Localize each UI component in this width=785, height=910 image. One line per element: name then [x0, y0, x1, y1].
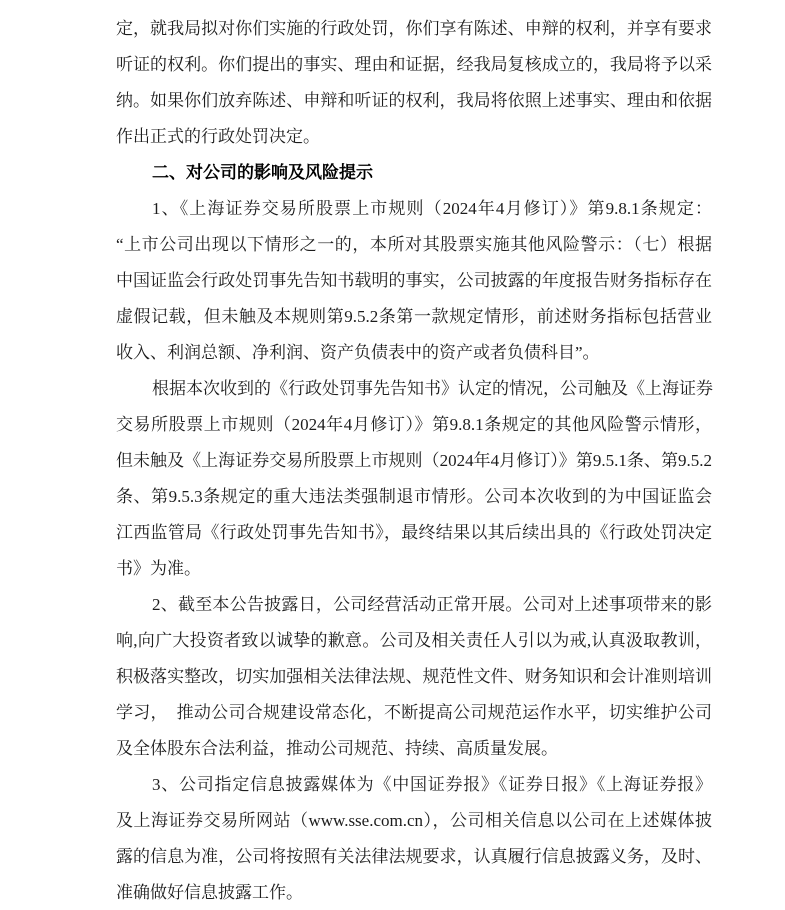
doc-line: 作出正式的行政处罚决定。	[116, 119, 712, 155]
doc-line: 中国证监会行政处罚事先告知书载明的事实，公司披露的年度报告财务指标存在	[116, 263, 712, 299]
paragraph-risk-warning-determination: 根据本次收到的《行政处罚事先告知书》认定的情况，公司触及《上海证券 交易所股票上…	[116, 371, 712, 587]
paragraph-disclosure-media: 3、公司指定信息披露媒体为《中国证券报》《证券日报》《上海证券报》 及上海证券交…	[116, 767, 712, 910]
doc-line: 纳。如果你们放弃陈述、申辩和听证的权利，我局将依照上述事实、理由和依据	[116, 83, 712, 119]
doc-line: 交易所股票上市规则（2024年4月修订）》第9.8.1条规定的其他风险警示情形，	[116, 407, 712, 443]
doc-line: 及上海证券交易所网站（www.sse.com.cn），公司相关信息以公司在上述媒…	[116, 803, 712, 839]
doc-line: 3、公司指定信息披露媒体为《中国证券报》《证券日报》《上海证券报》	[116, 767, 712, 803]
doc-line: 听证的权利。你们提出的事实、理由和证据，经我局复核成立的，我局将予以采	[116, 47, 712, 83]
paragraph-continuation: 定，就我局拟对你们实施的行政处罚，你们享有陈述、申辩的权利，并享有要求 听证的权…	[116, 11, 712, 155]
doc-line: 露的信息为准，公司将按照有关法律法规要求，认真履行信息披露义务，及时、	[116, 839, 712, 875]
section-heading-text: 二、对公司的影响及风险提示	[116, 155, 712, 191]
doc-line: 响,向广大投资者致以诚挚的歉意。公司及相关责任人引以为戒,认真汲取教训，	[116, 623, 712, 659]
paragraph-apology-and-rectification: 2、截至本公告披露日，公司经营活动正常开展。公司对上述事项带来的影 响,向广大投…	[116, 587, 712, 767]
doc-line: 虚假记载，但未触及本规则第9.5.2条第一款规定情形，前述财务指标包括营业	[116, 299, 712, 335]
doc-line: 条、第9.5.3条规定的重大违法类强制退市情形。公司本次收到的为中国证监会	[116, 479, 712, 515]
doc-line: 积极落实整改，切实加强相关法律法规、规范性文件、财务知识和会计准则培训	[116, 659, 712, 695]
doc-line: 江西监管局《行政处罚事先告知书》，最终结果以其后续出具的《行政处罚决定	[116, 515, 712, 551]
doc-line: 但未触及《上海证券交易所股票上市规则（2024年4月修订）》第9.5.1条、第9…	[116, 443, 712, 479]
document-page: 定，就我局拟对你们实施的行政处罚，你们享有陈述、申辩的权利，并享有要求 听证的权…	[0, 0, 785, 910]
doc-line: 收入、利润总额、净利润、资产负债表中的资产或者负债科目”。	[116, 335, 712, 371]
paragraph-listing-rule: 1、《上海证券交易所股票上市规则（2024年4月修订）》第9.8.1条规定： “…	[116, 191, 712, 371]
doc-line: 1、《上海证券交易所股票上市规则（2024年4月修订）》第9.8.1条规定：	[116, 191, 712, 227]
doc-line: 学习， 推动公司合规建设常态化，不断提高公司规范运作水平，切实维护公司	[116, 695, 712, 731]
doc-line: 书》为准。	[116, 551, 712, 587]
doc-line: “上市公司出现以下情形之一的，本所对其股票实施其他风险警示：（七）根据	[116, 227, 712, 263]
doc-line: 及全体股东合法利益，推动公司规范、持续、高质量发展。	[116, 731, 712, 767]
document-body: 定，就我局拟对你们实施的行政处罚，你们享有陈述、申辩的权利，并享有要求 听证的权…	[116, 11, 712, 910]
doc-line: 准确做好信息披露工作。	[116, 875, 712, 910]
doc-line: 2、截至本公告披露日，公司经营活动正常开展。公司对上述事项带来的影	[116, 587, 712, 623]
section-heading-impact-and-risk: 二、对公司的影响及风险提示	[116, 155, 712, 191]
doc-line: 定，就我局拟对你们实施的行政处罚，你们享有陈述、申辩的权利，并享有要求	[116, 11, 712, 47]
doc-line: 根据本次收到的《行政处罚事先告知书》认定的情况，公司触及《上海证券	[116, 371, 712, 407]
